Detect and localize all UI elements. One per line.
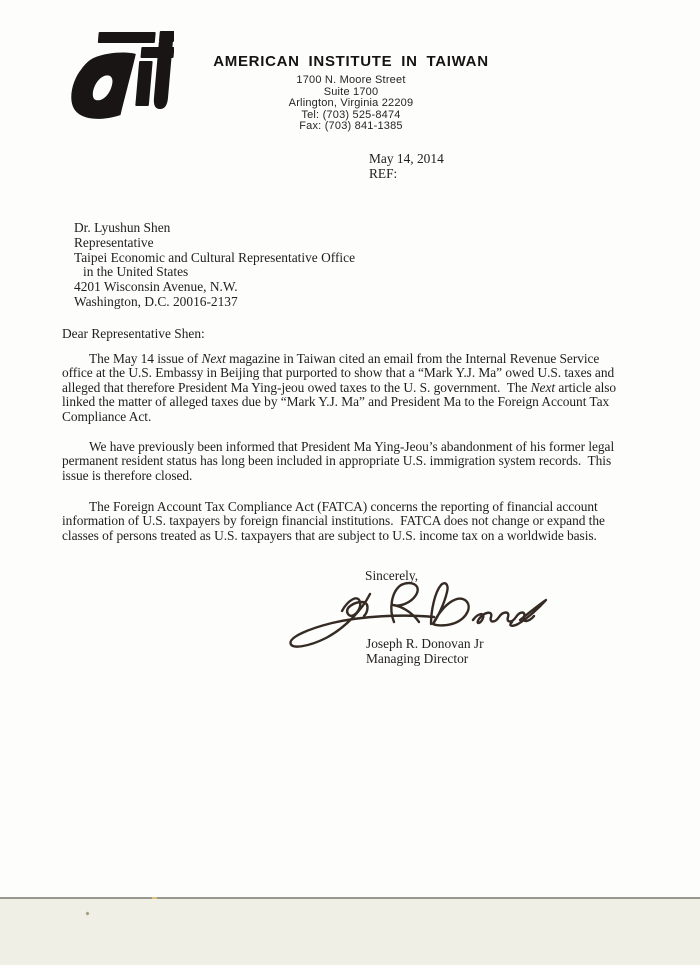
address-line: Fax: (703) 841-1385 <box>175 121 527 133</box>
body-line: issue is therefore closed. <box>62 469 614 483</box>
body-line: office at the U.S. Embassy in Beijing th… <box>62 366 616 380</box>
body-line: information of U.S. taxpayers by foreign… <box>62 514 605 528</box>
recipient-address: Dr. Lyushun Shen Representative Taipei E… <box>74 221 355 310</box>
body-paragraph-3: The Foreign Account Tax Compliance Act (… <box>62 500 605 543</box>
signature-stroke <box>510 600 546 626</box>
body-line: linked the matter of alleged taxes due b… <box>62 395 616 409</box>
logo-a <box>69 53 136 119</box>
signature-stroke <box>342 598 368 616</box>
date-block: May 14, 2014 REF: <box>369 152 444 181</box>
signature-stroke <box>473 613 534 624</box>
letterhead-address: 1700 N. Moore Street Suite 1700 Arlingto… <box>175 75 527 133</box>
logo-t-top <box>159 31 174 42</box>
body-text: article also <box>555 380 616 395</box>
scan-speck <box>152 897 157 899</box>
recipient-line: 4201 Wisconsin Avenue, N.W. <box>74 280 355 295</box>
body-line: classes of persons treated as U.S. taxpa… <box>62 529 605 543</box>
logo-top-bar <box>98 32 156 43</box>
logo-i-stem <box>135 61 152 106</box>
scanner-background <box>0 897 700 965</box>
recipient-line: Taipei Economic and Cultural Representat… <box>74 251 355 266</box>
body-paragraph-2: We have previously been informed that Pr… <box>62 440 614 483</box>
address-line: 1700 N. Moore Street <box>175 75 527 87</box>
body-line: We have previously been informed that Pr… <box>62 440 614 454</box>
scan-speck <box>85 911 89 915</box>
recipient-line: Washington, D.C. 20016-2137 <box>74 295 355 310</box>
ref-label: REF: <box>369 167 444 182</box>
body-text: The May 14 issue of <box>89 351 201 366</box>
body-line: permanent resident status has long been … <box>62 454 614 468</box>
signature-stroke <box>431 583 469 625</box>
ait-logo <box>62 29 174 127</box>
signer-name: Joseph R. Donovan Jr <box>366 636 484 651</box>
body-line: alleged that therefore President Ma Ying… <box>62 381 616 395</box>
letterhead: AMERICAN INSTITUTE IN TAIWAN 1700 N. Moo… <box>175 53 527 133</box>
body-line: Compliance Act. <box>62 410 616 424</box>
body-line: The Foreign Account Tax Compliance Act (… <box>62 500 605 514</box>
body-paragraph-1: The May 14 issue of Next magazine in Tai… <box>62 352 616 424</box>
body-text: magazine in Taiwan cited an email from t… <box>226 351 600 366</box>
recipient-line: Representative <box>74 236 355 251</box>
org-name: AMERICAN INSTITUTE IN TAIWAN <box>175 53 527 71</box>
italic-magazine-name: Next <box>531 380 555 395</box>
signature-block: Joseph R. Donovan Jr Managing Director <box>366 636 484 667</box>
letter-date: May 14, 2014 <box>369 152 444 167</box>
recipient-line: in the United States <box>74 265 355 280</box>
signer-title: Managing Director <box>366 651 484 666</box>
scanned-letter: AMERICAN INSTITUTE IN TAIWAN 1700 N. Moo… <box>0 0 700 965</box>
salutation: Dear Representative Shen: <box>62 326 205 342</box>
body-text: alleged that therefore President Ma Ying… <box>62 380 531 395</box>
italic-magazine-name: Next <box>201 351 225 366</box>
recipient-line: Dr. Lyushun Shen <box>74 221 355 236</box>
body-line: The May 14 issue of Next magazine in Tai… <box>62 352 616 366</box>
